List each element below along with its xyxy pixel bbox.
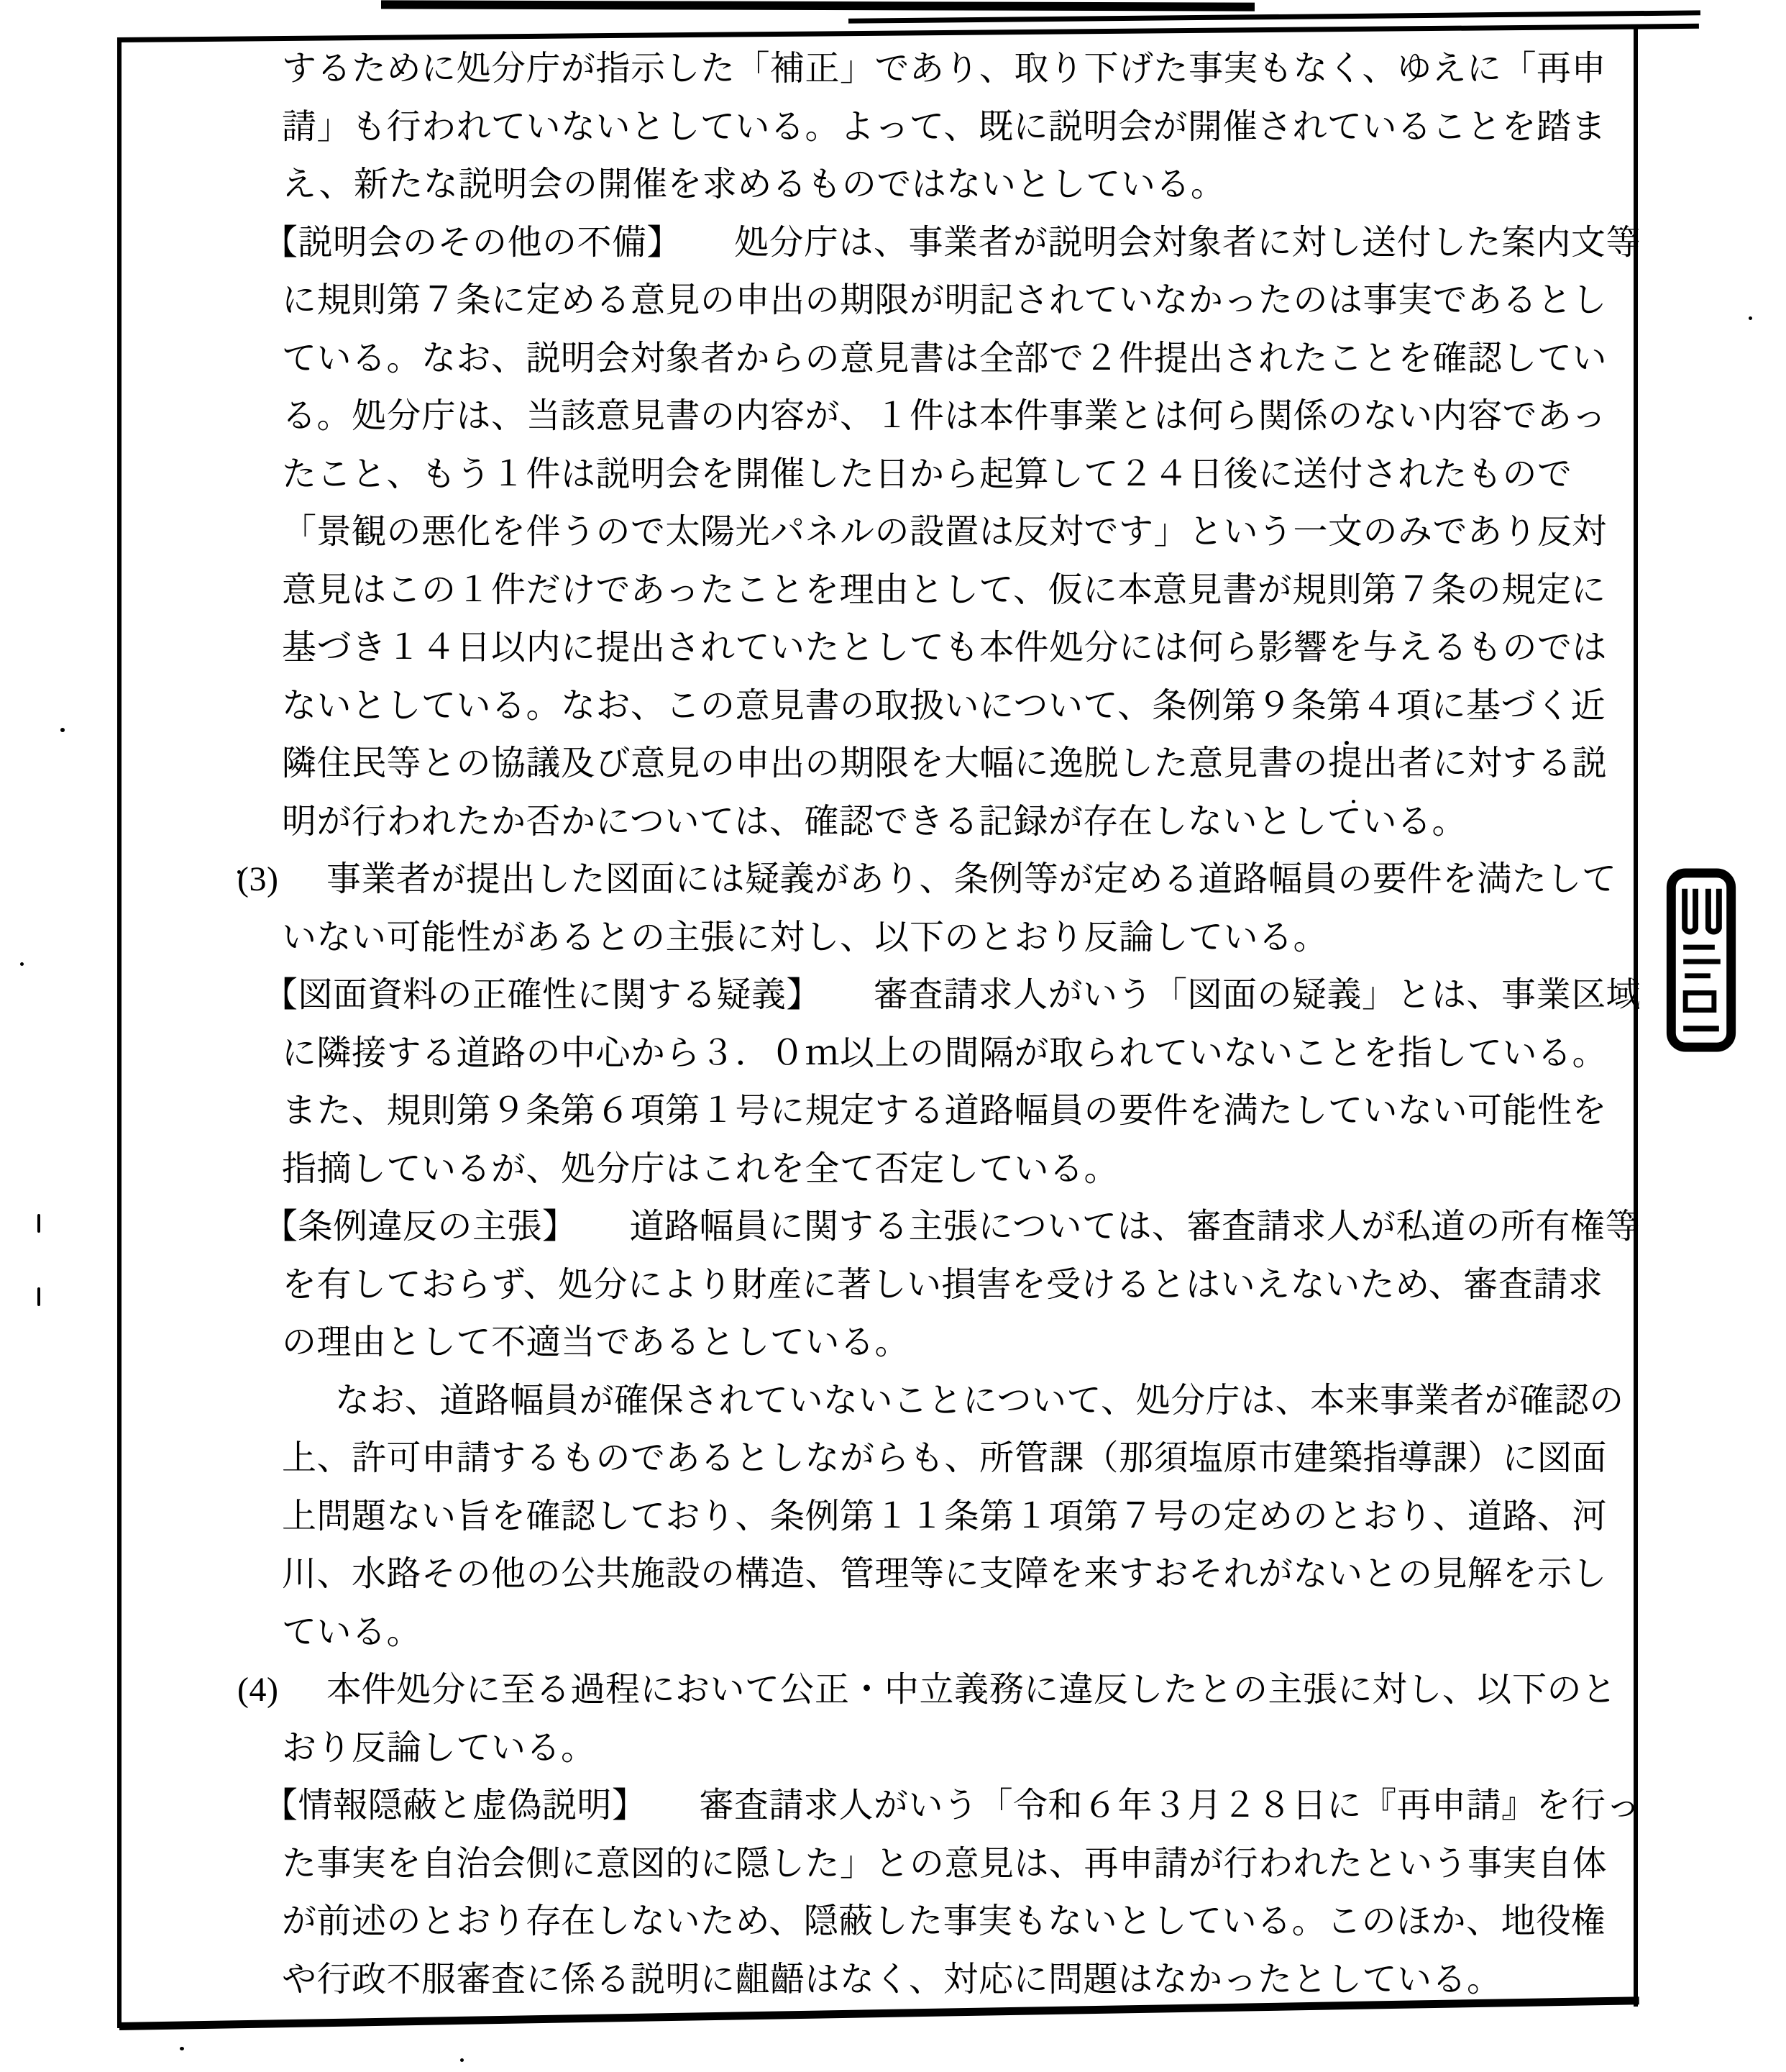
text-line-content: た事実を自治会側に意図的に隠した」との意見は、再申請が行われたという事実自体 [282, 1845, 1607, 1883]
text-line-content: 明が行われたか否かについては、確認できる記録が存在しないとしている。 [282, 803, 1467, 841]
text-line-content: 【説明会のその他の不備】 処分庁は、事業者が説明会対象者に対し送付した案内文等 [263, 224, 1641, 262]
scan-speck [37, 1214, 40, 1233]
text-line: たこと、もう１件は説明会を開催した日から起算して２４日後に送付されたもので [237, 446, 1607, 504]
text-line: 明が行われたか否かについては、確認できる記録が存在しないとしている。 [237, 793, 1607, 852]
scan-speck [460, 2058, 464, 2062]
text-line-content: なお、道路幅員が確保されていないことについて、処分庁は、本来事業者が確認の [335, 1382, 1624, 1420]
text-line-content: 「景観の悪化を伴うので太陽光パネルの設置は反対です」という一文のみであり反対 [282, 513, 1607, 551]
official-seal-stamp-icon [1665, 867, 1737, 1053]
text-line-content: ないとしている。なお、この意見書の取扱いについて、条例第９条第４項に基づく近 [282, 687, 1606, 725]
text-line-content: 意見はこの１件だけであったことを理由として、仮に本意見書が規則第７条の規定に [282, 571, 1606, 609]
text-line-content: ている。なお、説明会対象者からの意見書は全部で２件提出されたことを確認してい [282, 339, 1607, 378]
text-line-content: 基づき１４日以内に提出されていたとしても本件処分には何ら影響を与えるものでは [282, 629, 1607, 667]
text-line-content: ている。 [282, 1613, 421, 1651]
text-line: ている。 [237, 1604, 1607, 1662]
page-frame-right-border [1634, 24, 1638, 2007]
text-line-content: たこと、もう１件は説明会を開催した日から起算して２４日後に送付されたもので [282, 455, 1572, 493]
text-line-content: 上問題ない旨を確認しており、条例第１１条第１項第７号の定めのとおり、道路、河 [282, 1497, 1607, 1535]
text-line: 【情報隠蔽と虚偽説明】 審査請求人がいう「令和６年３月２８日に『再申請』を行っ [237, 1777, 1607, 1835]
text-line: なお、道路幅員が確保されていないことについて、処分庁は、本来事業者が確認の [237, 1372, 1607, 1430]
scan-speck [1345, 741, 1349, 745]
text-line: 請」も行われていないとしている。よって、既に説明会が開催されていることを踏ま [237, 99, 1607, 157]
text-line-content: え、新たな説明会の開催を求めるものではないとしている。 [282, 165, 1225, 204]
text-line-content: や行政不服審査に係る説明に齟齬はなく、対応に問題はなかったとしている。 [282, 1961, 1502, 1999]
text-line-content: 【条例違反の主張】 道路幅員に関する主張については、審査請求人が私道の所有権等 [263, 1208, 1640, 1246]
scan-speck [37, 1287, 40, 1306]
text-line-content: 隣住民等との協議及び意見の申出の期限を大幅に逸脱した意見書の提出者に対する説 [282, 744, 1607, 782]
scanned-document-page: するために処分庁が指示した「補正」であり、取り下げた事実もなく、ゆえに「再申請」… [0, 0, 1786, 2072]
text-line: 上問題ない旨を確認しており、条例第１１条第１項第７号の定めのとおり、道路、河 [237, 1488, 1607, 1546]
document-text-block: するために処分庁が指示した「補正」であり、取り下げた事実もなく、ゆえに「再申請」… [237, 40, 1607, 2009]
text-line-content: る。処分庁は、当該意見書の内容が、１件は本件事業とは何ら関係のない内容であっ [282, 397, 1607, 435]
text-line: 基づき１４日以内に提出されていたとしても本件処分には何ら影響を与えるものでは [237, 619, 1607, 677]
text-line-content: 本件処分に至る過程において公正・中立義務に違反したとの主張に対し、以下のと [326, 1671, 1617, 1709]
text-line: を有しておらず、処分により財産に著しい損害を受けるとはいえないため、審査請求 [237, 1256, 1607, 1315]
text-line: (3)事業者が提出した図面には疑義があり、条例等が定める道路幅員の要件を満たして [237, 851, 1607, 909]
list-item-marker: (3) [237, 851, 326, 909]
text-line-content: いない可能性があるとの主張に対し、以下のとおり反論している。 [282, 918, 1328, 957]
text-line: いない可能性があるとの主張に対し、以下のとおり反論している。 [237, 909, 1607, 967]
text-line: 指摘しているが、処分庁はこれを全て否定している。 [237, 1141, 1607, 1199]
text-line-content: するために処分庁が指示した「補正」であり、取り下げた事実もなく、ゆえに「再申 [282, 50, 1606, 88]
text-line-content: 指摘しているが、処分庁はこれを全て否定している。 [282, 1150, 1119, 1188]
text-line: おり反論している。 [237, 1720, 1607, 1778]
text-line: するために処分庁が指示した「補正」であり、取り下げた事実もなく、ゆえに「再申 [237, 40, 1607, 99]
text-line-content: 事業者が提出した図面には疑義があり、条例等が定める道路幅員の要件を満たして [326, 860, 1617, 898]
text-line-content: また、規則第９条第６項第１号に規定する道路幅員の要件を満たしていない可能性を [282, 1092, 1607, 1130]
text-line: 【条例違反の主張】 道路幅員に関する主張については、審査請求人が私道の所有権等 [237, 1198, 1607, 1256]
text-line-content: 川、水路その他の公共施設の構造、管理等に支障を来すおそれがないとの見解を示し [282, 1555, 1607, 1593]
text-line-content: 請」も行われていないとしている。よって、既に説明会が開催されていることを踏ま [282, 108, 1606, 146]
scan-speck [1749, 316, 1752, 320]
text-line: 隣住民等との協議及び意見の申出の期限を大幅に逸脱した意見書の提出者に対する説 [237, 735, 1607, 793]
list-item-marker: (4) [237, 1661, 326, 1720]
text-line-content: が前述のとおり存在しないため、隠蔽した事実もないとしている。このほか、地役権 [282, 1902, 1606, 1940]
text-line: 「景観の悪化を伴うので太陽光パネルの設置は反対です」という一文のみであり反対 [237, 503, 1607, 562]
text-line: に規則第７条に定める意見の申出の期限が明記されていなかったのは事実であるとし [237, 272, 1607, 330]
text-line: 【図面資料の正確性に関する疑義】 審査請求人がいう「図面の疑義」とは、事業区域 [237, 967, 1607, 1025]
text-line: に隣接する道路の中心から３．０ｍ以上の間隔が取られていないことを指している。 [237, 1025, 1607, 1083]
scan-artifact-smudge [848, 10, 1700, 23]
text-line: 川、水路その他の公共施設の構造、管理等に支障を来すおそれがないとの見解を示し [237, 1546, 1607, 1604]
text-line-content: 【図面資料の正確性に関する疑義】 審査請求人がいう「図面の疑義」とは、事業区域 [263, 976, 1641, 1014]
text-line: 【説明会のその他の不備】 処分庁は、事業者が説明会対象者に対し送付した案内文等 [237, 214, 1607, 273]
text-line: 上、許可申請するものであるとしながらも、所管課（那須塩原市建築指導課）に図面 [237, 1430, 1607, 1488]
text-line: が前述のとおり存在しないため、隠蔽した事実もないとしている。このほか、地役権 [237, 1893, 1607, 1951]
text-line-content: に隣接する道路の中心から３．０ｍ以上の間隔が取られていないことを指している。 [282, 1034, 1607, 1072]
text-line: え、新たな説明会の開催を求めるものではないとしている。 [237, 156, 1607, 214]
scan-speck [180, 2047, 184, 2050]
scan-speck [60, 728, 65, 732]
scan-artifact-smudge [381, 0, 1255, 11]
page-frame-left-border [117, 37, 122, 2028]
text-line: や行政不服審査に係る説明に齟齬はなく、対応に問題はなかったとしている。 [237, 1951, 1607, 2009]
text-line: 意見はこの１件だけであったことを理由として、仮に本意見書が規則第７条の規定に [237, 562, 1607, 620]
scan-speck [20, 962, 24, 966]
text-line-content: 【情報隠蔽と虚偽説明】 審査請求人がいう「令和６年３月２８日に『再申請』を行っ [263, 1786, 1641, 1825]
text-line-content: の理由として不適当であるとしている。 [282, 1323, 910, 1361]
text-line-content: に規則第７条に定める意見の申出の期限が明記されていなかったのは事実であるとし [282, 281, 1607, 319]
text-line: た事実を自治会側に意図的に隠した」との意見は、再申請が行われたという事実自体 [237, 1835, 1607, 1894]
text-line-content: 上、許可申請するものであるとしながらも、所管課（那須塩原市建築指導課）に図面 [282, 1439, 1607, 1477]
text-line: (4)本件処分に至る過程において公正・中立義務に違反したとの主張に対し、以下のと [237, 1661, 1607, 1720]
text-line: る。処分庁は、当該意見書の内容が、１件は本件事業とは何ら関係のない内容であっ [237, 388, 1607, 446]
text-line-content: おり反論している。 [282, 1729, 596, 1767]
scan-speck [1352, 800, 1355, 803]
text-line: ないとしている。なお、この意見書の取扱いについて、条例第９条第４項に基づく近 [237, 677, 1607, 736]
text-line: また、規則第９条第６項第１号に規定する道路幅員の要件を満たしていない可能性を [237, 1082, 1607, 1141]
scan-speck [237, 870, 241, 874]
text-line: ている。なお、説明会対象者からの意見書は全部で２件提出されたことを確認してい [237, 330, 1607, 388]
text-line-content: を有しておらず、処分により財産に著しい損害を受けるとはいえないため、審査請求 [282, 1266, 1603, 1304]
text-line: の理由として不適当であるとしている。 [237, 1314, 1607, 1372]
